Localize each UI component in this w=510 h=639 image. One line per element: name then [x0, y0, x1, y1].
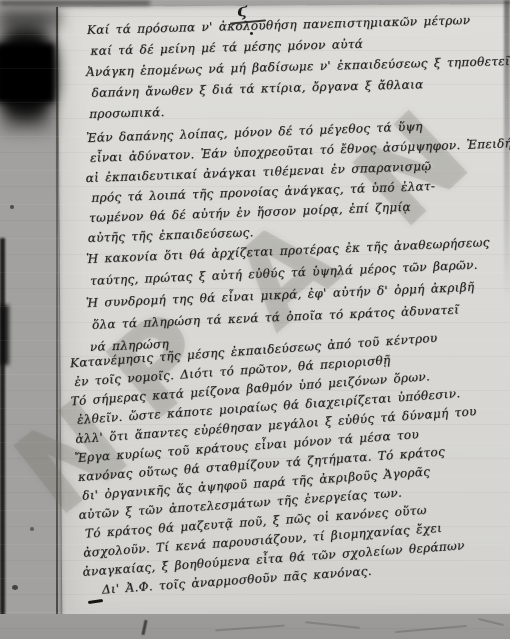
scan-artifact-speck	[12, 585, 18, 590]
manuscript-text-block: Καί τά πρόσωπα ν' ἀκολουθήση πανεπιστημι…	[88, 20, 490, 601]
handwriting-paragraph: Ἐάν δαπάνης λοίπας, μόνον δέ τό μέγεθος …	[86, 114, 492, 248]
handwriting-paragraph: Καί τά πρόσωπα ν' ἀκολουθήση πανεπιστημι…	[87, 9, 492, 124]
scan-artifact-right-edge	[504, 0, 510, 300]
scan-artifact-blotch-fade	[0, 114, 52, 130]
scan-artifact-black-blotch-core	[0, 44, 54, 102]
scan-artifact-left-border	[0, 238, 5, 639]
scan-artifact-left-border-nub	[0, 305, 9, 365]
paper-left-edge	[56, 7, 58, 619]
handwriting-paragraph: Κατανέμησις τῆς μέσης ἐκπαιδεύσεως ἀπό τ…	[69, 326, 497, 601]
scan-artifact-speck	[10, 205, 14, 209]
scan-artifact-speck	[30, 527, 34, 531]
scanned-manuscript-page: Ν Ρ Α Ν ϛ Καί τά πρόσωπα ν' ἀκολουθήση π…	[0, 0, 510, 639]
scan-artifact-top-streak	[0, 1, 150, 5]
